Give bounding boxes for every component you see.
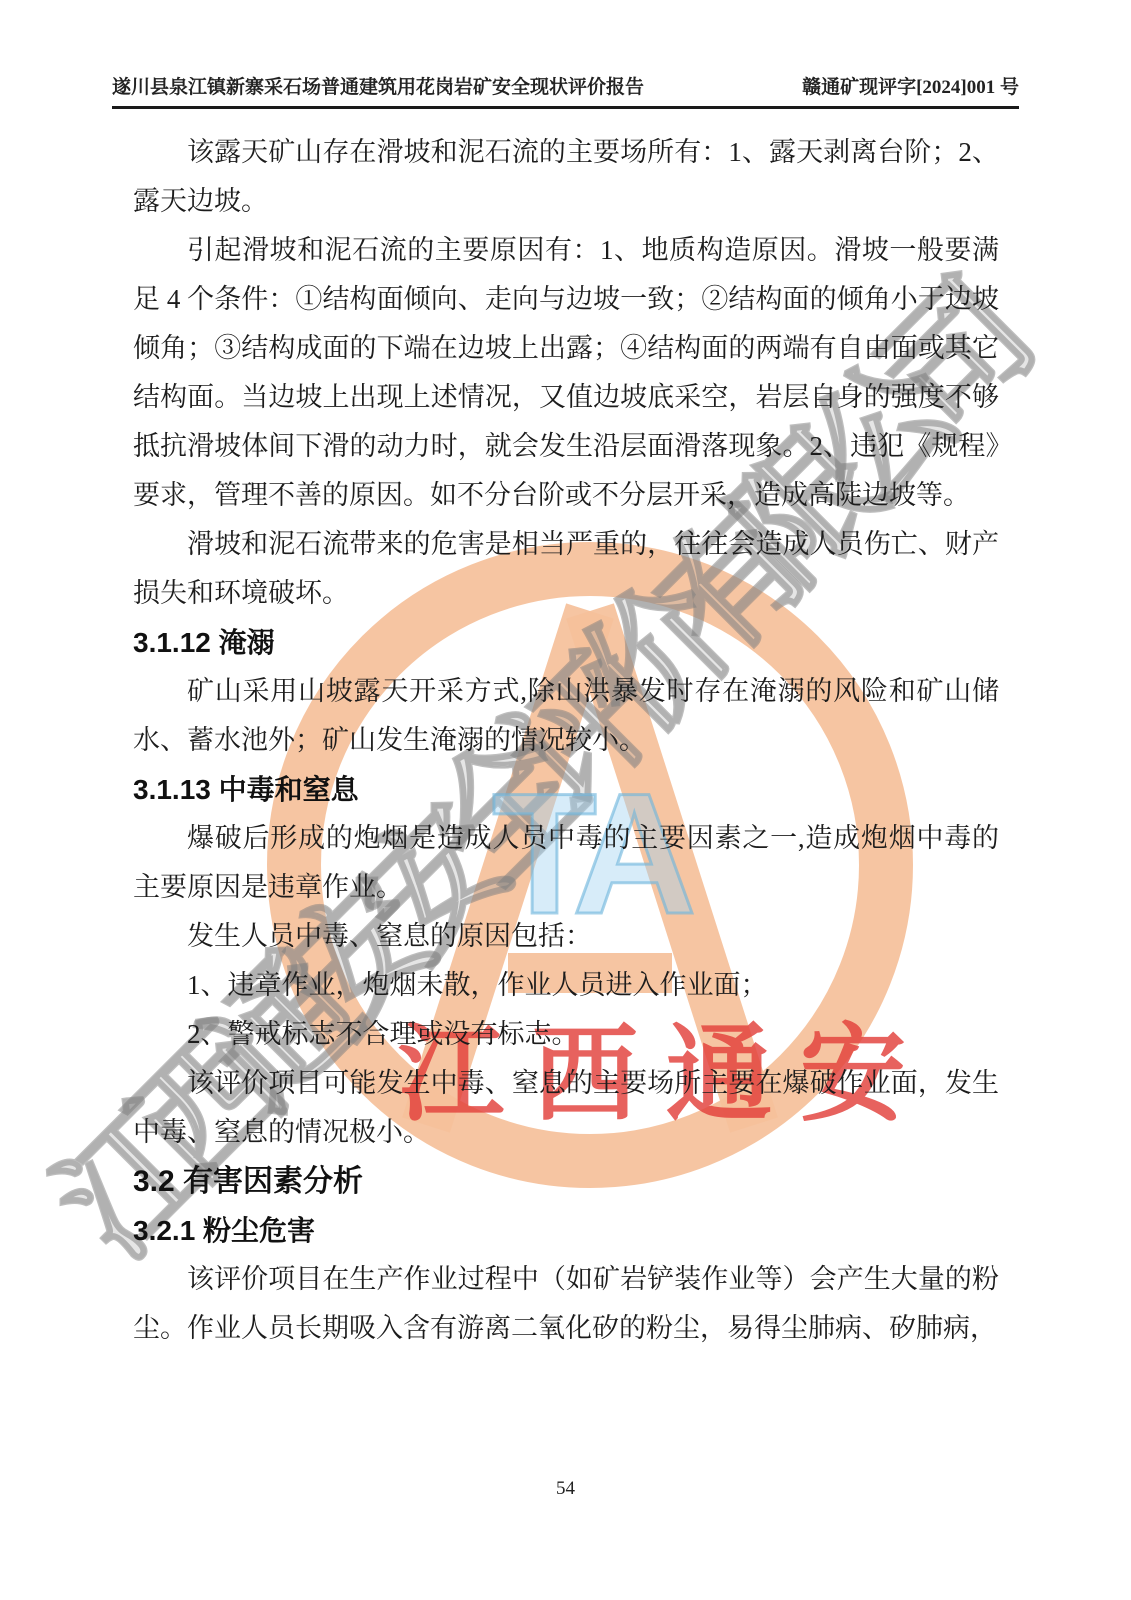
paragraph-drowning-risk: 矿山采用山坡露天开采方式,除山洪暴发时存在淹溺的风险和矿山储水、蓄水池外；矿山发… (133, 667, 999, 765)
paragraph-poisoning-locations: 该评价项目可能发生中毒、窒息的主要场所主要在爆破作业面，发生中毒、窒息的情况极小… (133, 1059, 999, 1157)
paragraph-landslide-causes: 引起滑坡和泥石流的主要原因有：1、地质构造原因。滑坡一般要满足 4 个条件：①结… (133, 226, 999, 520)
document-number: 赣通矿现评字[2024]001 号 (802, 72, 1019, 99)
section-heading-3-2-1-dust-hazard: 3.2.1 粉尘危害 (133, 1206, 999, 1255)
paragraph-dust-hazard: 该评价项目在生产作业过程中（如矿岩铲装作业等）会产生大量的粉尘。作业人员长期吸入… (133, 1255, 999, 1353)
paragraph-poisoning-cause-2: 2、警戒标志不合理或没有标志。 (133, 1010, 999, 1059)
paragraph-poisoning-causes-intro: 发生人员中毒、窒息的原因包括： (133, 912, 999, 961)
page-footer: 54 (0, 1478, 1131, 1500)
paragraph-landslide-harm: 滑坡和泥石流带来的危害是相当严重的，往往会造成人员伤亡、财产损失和环境破坏。 (133, 520, 999, 618)
section-heading-3-1-12-drowning: 3.1.12 淹溺 (133, 618, 999, 667)
section-heading-3-1-13-poisoning-suffocation: 3.1.13 中毒和窒息 (133, 765, 999, 814)
page-header: 遂川县泉江镇新寨采石场普通建筑用花岗岩矿安全现状评价报告 赣通矿现评字[2024… (112, 72, 1019, 109)
document-body: 该露天矿山存在滑坡和泥石流的主要场所有：1、露天剥离台阶；2、露天边坡。 引起滑… (133, 128, 999, 1353)
page-number: 54 (556, 1478, 575, 1499)
section-heading-3-2-harmful-factors: 3.2 有害因素分析 (133, 1157, 999, 1206)
document-page: 江西通安安全评价有限公司 TA 江西通安 遂川县泉江镇新寨采石场普通建筑用花岗岩… (0, 0, 1131, 1600)
report-title: 遂川县泉江镇新寨采石场普通建筑用花岗岩矿安全现状评价报告 (112, 72, 644, 99)
paragraph-poisoning-cause-1: 1、违章作业，炮烟未散，作业人员进入作业面； (133, 961, 999, 1010)
paragraph-landslide-locations: 该露天矿山存在滑坡和泥石流的主要场所有：1、露天剥离台阶；2、露天边坡。 (133, 128, 999, 226)
paragraph-blasting-fume-poisoning: 爆破后形成的炮烟是造成人员中毒的主要因素之一,造成炮烟中毒的主要原因是违章作业。 (133, 814, 999, 912)
